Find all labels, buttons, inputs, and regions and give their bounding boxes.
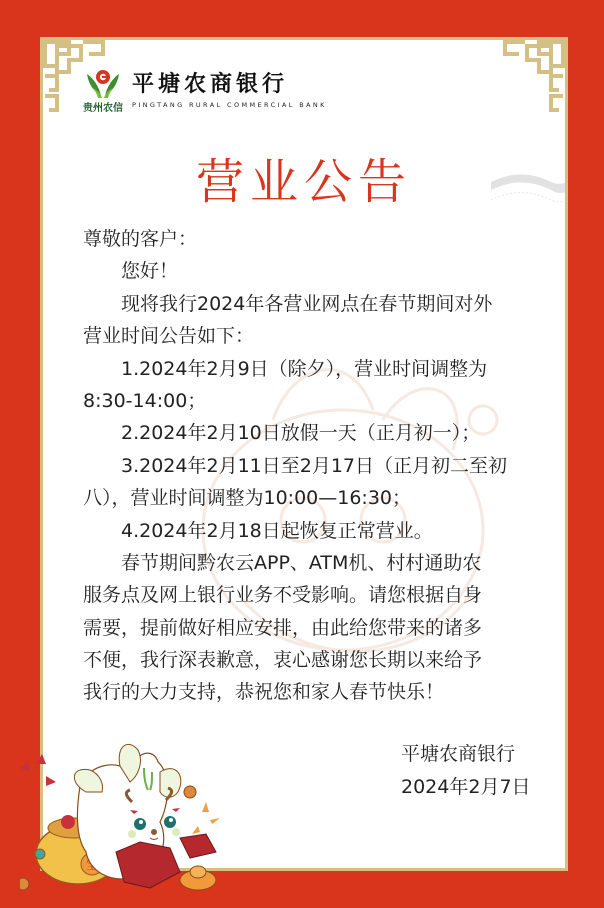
issue-date: 2024年2月7日 bbox=[401, 771, 531, 804]
salutation-line: 尊敬的客户： bbox=[83, 223, 543, 255]
lattice-corner-icon bbox=[495, 40, 565, 120]
schedule-item-4: 4.2024年2月18日起恢复正常营业。 bbox=[83, 515, 543, 547]
closing-paragraph: 春节期间黔农云APP、ATM机、村村通助农 bbox=[83, 547, 543, 579]
intro-line: 营业时间公告如下： bbox=[83, 320, 543, 352]
schedule-item-3: 3.2024年2月11日至2月17日（正月初二至初 bbox=[83, 450, 543, 482]
notice-body: 尊敬的客户： 您好！ 现将我行2024年各营业网点在春节期间对外 营业时间公告如… bbox=[83, 223, 543, 709]
issuer-name: 平塘农商银行 bbox=[401, 738, 531, 771]
schedule-item-1: 1.2024年2月9日（除夕），营业时间调整为 bbox=[83, 353, 543, 385]
intro-line: 现将我行2024年各营业网点在春节期间对外 bbox=[83, 288, 543, 320]
bank-logo: 贵州农信 平塘农商银行 PINGTANG RURAL COMMERCIAL BA… bbox=[80, 68, 327, 114]
schedule-item-2: 2.2024年2月10日放假一天（正月初一）； bbox=[83, 417, 543, 449]
emblem-caption: 贵州农信 bbox=[83, 99, 123, 114]
closing-paragraph: 我行的大力支持，恭祝您和家人春节快乐！ bbox=[83, 676, 543, 708]
bank-name-en: PINGTANG RURAL COMMERCIAL BANK bbox=[132, 101, 327, 109]
closing-paragraph: 不便，我行深表歉意，衷心感谢您长期以来给予 bbox=[83, 644, 543, 676]
page-title: 营业公告 bbox=[43, 152, 565, 212]
guizhou-rural-credit-emblem-icon bbox=[85, 68, 121, 98]
signature-block: 平塘农商银行 2024年2月7日 bbox=[401, 738, 531, 804]
schedule-item-1: 8:30-14:00； bbox=[83, 385, 543, 417]
greeting-line: 您好！ bbox=[83, 255, 543, 287]
closing-paragraph: 需要，提前做好相应安排，由此给您带来的诸多 bbox=[83, 612, 543, 644]
bank-name-cn: 平塘农商银行 bbox=[132, 71, 327, 97]
rabbit-mascot-icon: 宝 bbox=[20, 742, 220, 902]
closing-paragraph: 服务点及网上银行业务不受影响。请您根据自身 bbox=[83, 579, 543, 611]
schedule-item-3: 八），营业时间调整为10:00—16:30； bbox=[83, 482, 543, 514]
